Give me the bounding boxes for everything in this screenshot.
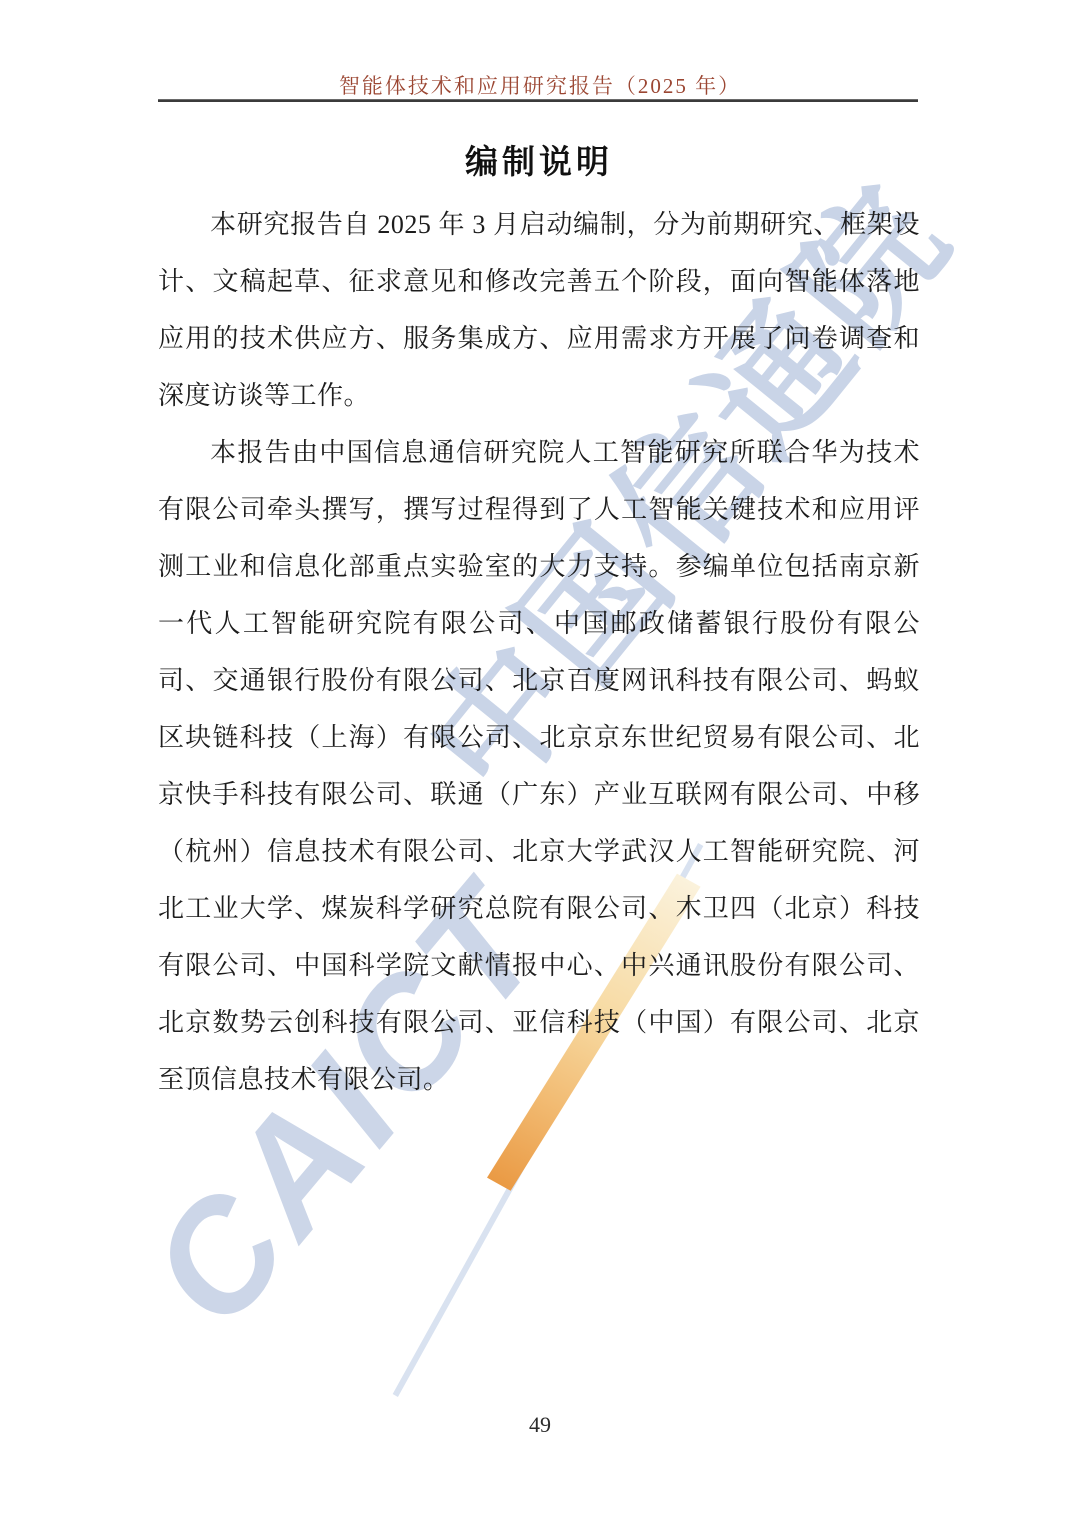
page-number: 49 (0, 1412, 1080, 1438)
section-title: 编制说明 (158, 136, 920, 183)
page-content: 编制说明 本研究报告自 2025 年 3 月启动编制，分为前期研究、框架设计、文… (158, 0, 920, 1108)
body-text: 本研究报告自 2025 年 3 月启动编制，分为前期研究、框架设计、文稿起草、征… (158, 196, 920, 1108)
paragraph-compilation-process: 本研究报告自 2025 年 3 月启动编制，分为前期研究、框架设计、文稿起草、征… (158, 196, 920, 424)
paragraph-contributors: 本报告由中国信息通信研究院人工智能研究所联合华为技术有限公司牵头撰写，撰写过程得… (158, 424, 920, 1108)
report-page: CAICT 中国信通院 智能体技术和应用研究报告（2025 年） 编制说明 本研… (0, 0, 1080, 1527)
